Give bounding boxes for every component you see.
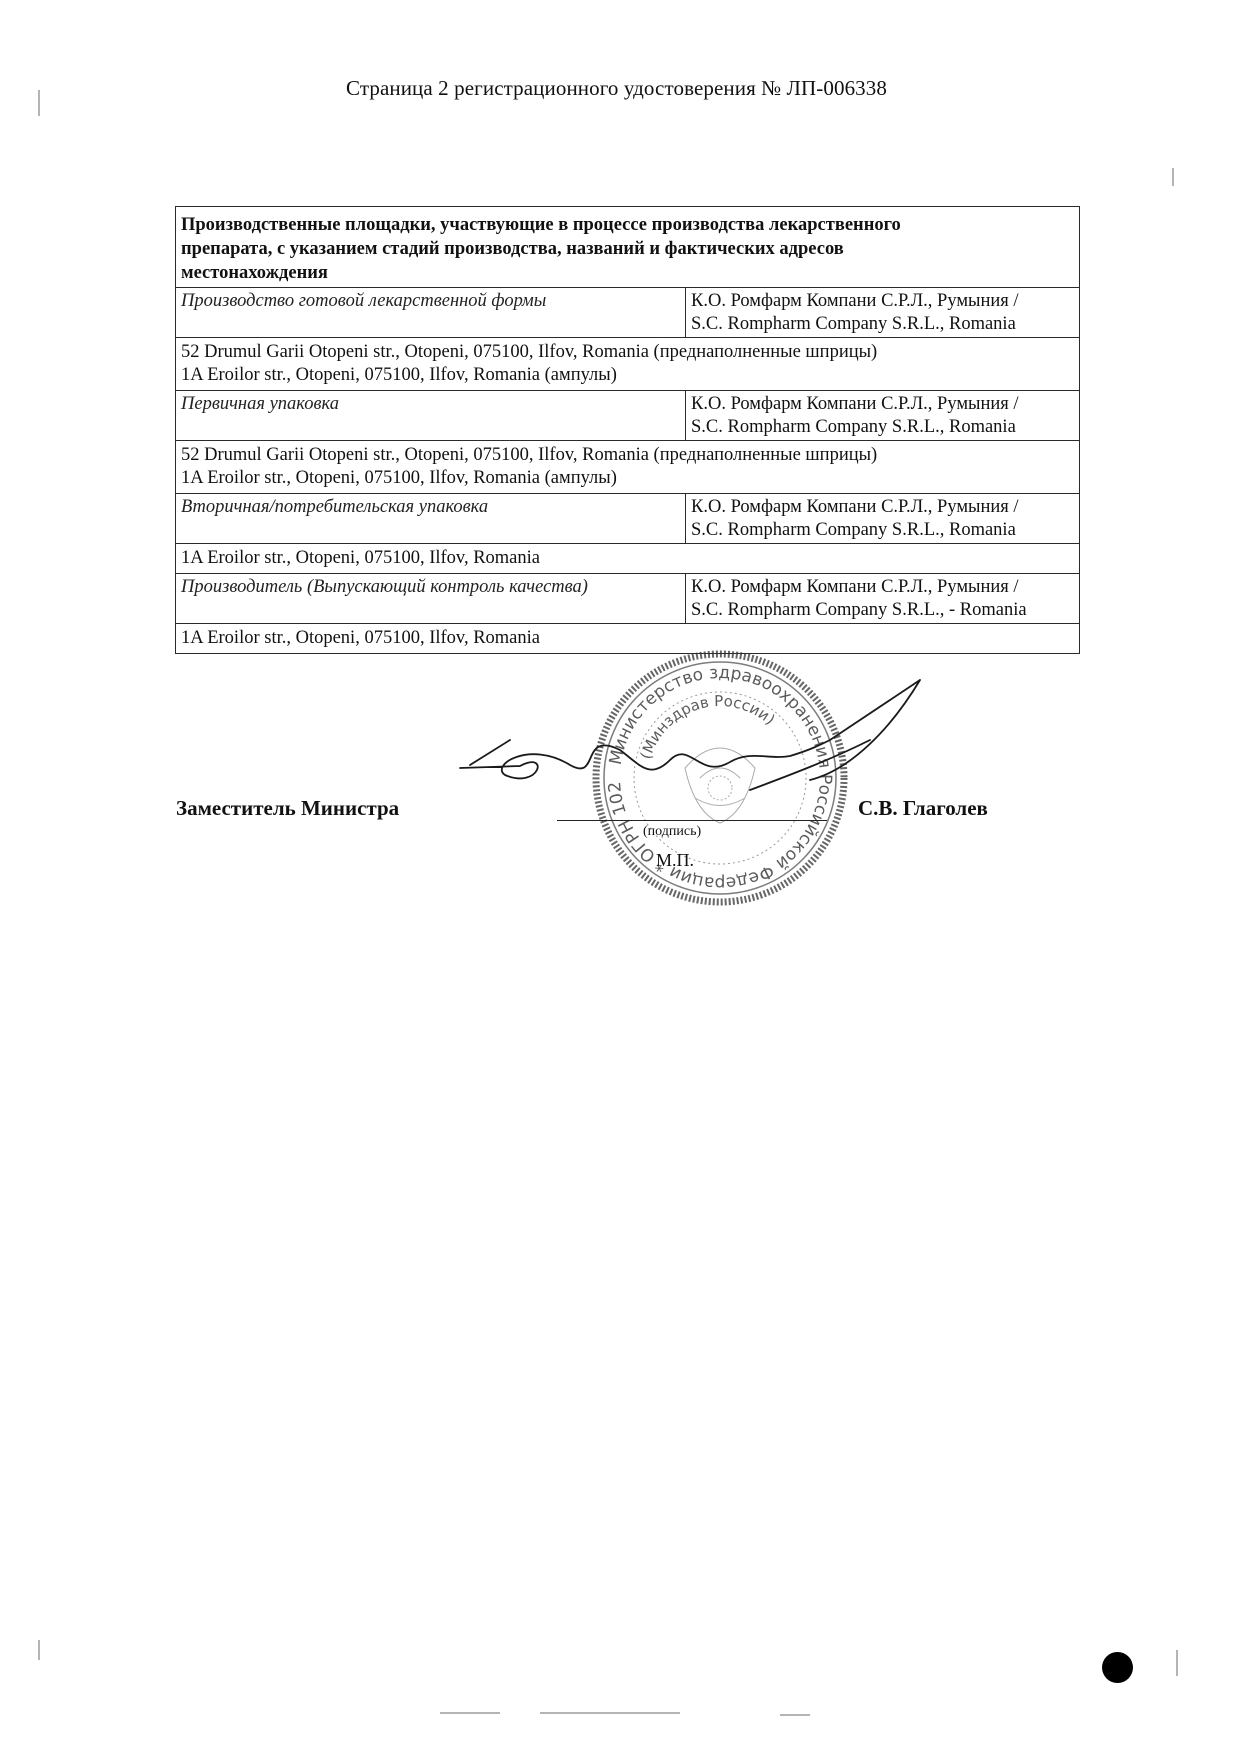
address-cell: 52 Drumul Garii Otopeni str., Otopeni, 0… bbox=[176, 338, 1080, 391]
signature-line bbox=[557, 820, 827, 821]
address-line: 1A Eroilor str., Otopeni, 075100, Ilfov,… bbox=[181, 547, 1075, 570]
scan-artifact bbox=[780, 1714, 810, 1716]
company-line: S.C. Rompharm Company S.R.L., Romania bbox=[691, 313, 1075, 336]
address-line: 52 Drumul Garii Otopeni str., Otopeni, 0… bbox=[181, 341, 1075, 364]
heading-line: препарата, с указанием стадий производст… bbox=[181, 237, 1075, 261]
company-cell: К.О. Ромфарм Компани С.Р.Л., Румыния / S… bbox=[686, 288, 1080, 338]
signatory-title: Заместитель Министра bbox=[176, 796, 399, 821]
company-line: К.О. Ромфарм Компани С.Р.Л., Румыния / bbox=[691, 576, 1075, 599]
table-row: Вторичная/потребительская упаковка К.О. … bbox=[176, 494, 1080, 544]
address-cell: 52 Drumul Garii Otopeni str., Otopeni, 0… bbox=[176, 441, 1080, 494]
table-row: 52 Drumul Garii Otopeni str., Otopeni, 0… bbox=[176, 338, 1080, 391]
scan-artifact bbox=[440, 1712, 500, 1714]
signatory-name: С.В. Глаголев bbox=[858, 796, 988, 821]
heading-line: местонахождения bbox=[181, 261, 1075, 285]
address-cell: 1A Eroilor str., Otopeni, 075100, Ilfov,… bbox=[176, 544, 1080, 574]
address-line: 1A Eroilor str., Otopeni, 075100, Ilfov,… bbox=[181, 627, 1075, 650]
page-header: Страница 2 регистрационного удостоверени… bbox=[0, 76, 1233, 101]
scan-artifact bbox=[540, 1712, 680, 1714]
company-line: К.О. Ромфарм Компани С.Р.Л., Румыния / bbox=[691, 290, 1075, 313]
scan-artifact bbox=[1176, 1650, 1178, 1676]
company-line: S.C. Rompharm Company S.R.L., Romania bbox=[691, 416, 1075, 439]
signature-caption: (подпись) bbox=[643, 824, 701, 840]
table-heading-row: Производственные площадки, участвующие в… bbox=[176, 207, 1080, 288]
scan-artifact bbox=[38, 90, 40, 116]
company-line: К.О. Ромфарм Компани С.Р.Л., Румыния / bbox=[691, 496, 1075, 519]
hole-punch-mark bbox=[1102, 1652, 1133, 1683]
stamp-placeholder-label: М.П. bbox=[656, 850, 694, 871]
table-row: Производитель (Выпускающий контроль каче… bbox=[176, 574, 1080, 624]
company-cell: К.О. Ромфарм Компани С.Р.Л., Румыния / S… bbox=[686, 391, 1080, 441]
stage-cell: Производитель (Выпускающий контроль каче… bbox=[176, 574, 686, 624]
scan-artifact bbox=[1172, 168, 1174, 186]
production-sites-table: Производственные площадки, участвующие в… bbox=[175, 206, 1080, 654]
table-heading: Производственные площадки, участвующие в… bbox=[176, 207, 1080, 288]
stage-cell: Вторичная/потребительская упаковка bbox=[176, 494, 686, 544]
company-cell: К.О. Ромфарм Компани С.Р.Л., Румыния / S… bbox=[686, 494, 1080, 544]
company-line: S.C. Rompharm Company S.R.L., Romania bbox=[691, 519, 1075, 542]
company-cell: К.О. Ромфарм Компани С.Р.Л., Румыния / S… bbox=[686, 574, 1080, 624]
stage-cell: Производство готовой лекарственной формы bbox=[176, 288, 686, 338]
address-line: 52 Drumul Garii Otopeni str., Otopeni, 0… bbox=[181, 444, 1075, 467]
company-line: К.О. Ромфарм Компани С.Р.Л., Румыния / bbox=[691, 393, 1075, 416]
scan-artifact bbox=[38, 1640, 40, 1660]
signature-block: Заместитель Министра (подпись) М.П. С.В.… bbox=[0, 782, 1233, 942]
table-row: Первичная упаковка К.О. Ромфарм Компани … bbox=[176, 391, 1080, 441]
table-row: 1A Eroilor str., Otopeni, 075100, Ilfov,… bbox=[176, 544, 1080, 574]
heading-line: Производственные площадки, участвующие в… bbox=[181, 213, 1075, 237]
address-line: 1A Eroilor str., Otopeni, 075100, Ilfov,… bbox=[181, 467, 1075, 490]
stage-cell: Первичная упаковка bbox=[176, 391, 686, 441]
table-row: 52 Drumul Garii Otopeni str., Otopeni, 0… bbox=[176, 441, 1080, 494]
company-line: S.C. Rompharm Company S.R.L., - Romania bbox=[691, 599, 1075, 622]
table-row: Производство готовой лекарственной формы… bbox=[176, 288, 1080, 338]
address-line: 1A Eroilor str., Otopeni, 075100, Ilfov,… bbox=[181, 364, 1075, 387]
